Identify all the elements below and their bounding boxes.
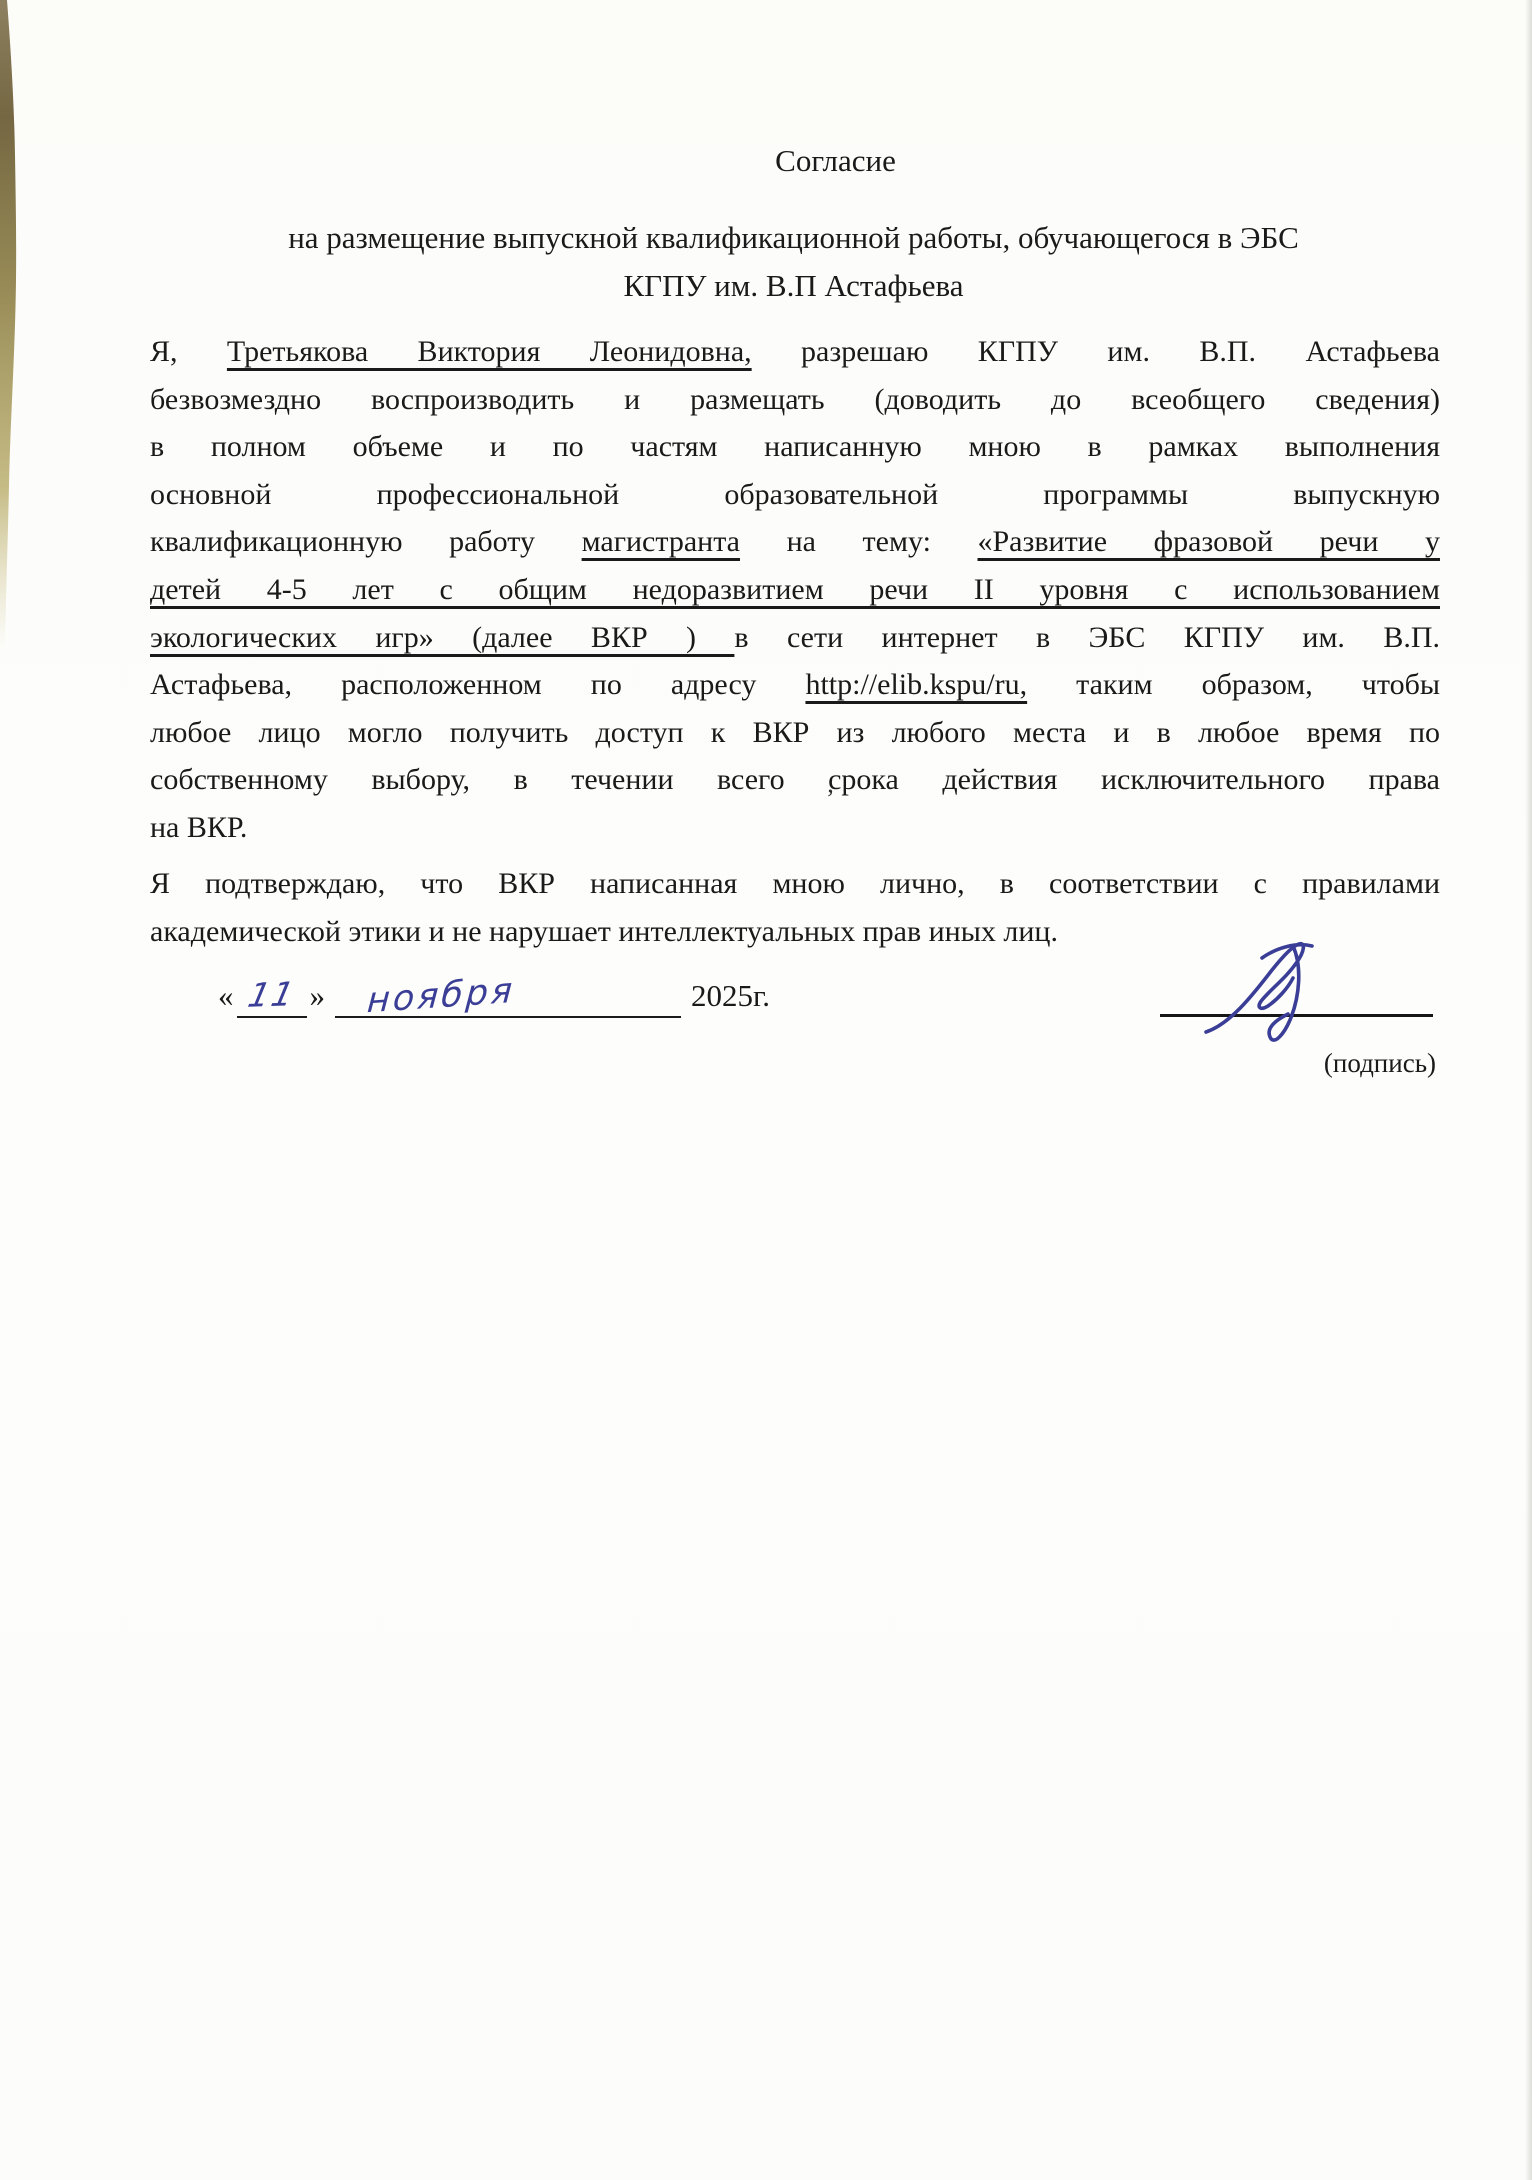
consent-line-7: экологических игр» (далее ВКР ) в сети и… — [150, 614, 1440, 662]
consent-line-5: квалификационную работу магистранта на т… — [150, 518, 1440, 566]
confirmation-line-1: Я подтверждаю, что ВКР написанная мною л… — [150, 860, 1440, 908]
handwritten-month: ноября — [366, 971, 517, 1022]
text-segment: Астафьева, расположенном по адресу — [150, 668, 805, 701]
document-title: Согласие — [150, 143, 1437, 179]
scan-edge-artifact — [0, 0, 26, 650]
text-segment: в полном объеме и по частям написанную м… — [150, 430, 1440, 463]
underlined-author-name: Третьякова Виктория Леонидовна, — [227, 335, 752, 368]
handwritten-day: 11 — [244, 974, 299, 1015]
date-line: « 11 » ноября 2025г. — [218, 968, 770, 1018]
document-title-text: Согласие — [775, 143, 896, 179]
consent-line-2: безвозмездно воспроизводить и размещать … — [150, 376, 1440, 424]
scanned-consent-document: Согласие на размещение выпускной квалифи… — [0, 0, 1532, 2180]
underlined-degree-level: магистранта — [582, 525, 740, 558]
text-segment: квалификационную работу — [150, 525, 582, 558]
text-segment: таким образом, чтобы — [1027, 668, 1440, 701]
consent-line-8: Астафьева, расположенном по адресу http:… — [150, 661, 1440, 709]
subtitle-line-1: на размещение выпускной квалификационной… — [150, 214, 1437, 262]
close-guillemet: » — [310, 978, 326, 1018]
underlined-thesis-title: экологических игр» (далее ВКР ) — [150, 621, 734, 654]
underlined-thesis-title: «Развитие фразовой речи у — [978, 525, 1440, 558]
consent-line-10: собственному выбору, в течении всего сро… — [150, 756, 1440, 804]
subtitle-line-2: КГПУ им. В.П Астафьева — [150, 262, 1437, 310]
consent-line-9: любое лицо могло получить доступ к ВКР и… — [150, 709, 1440, 757]
text-segment: Я, — [150, 335, 227, 368]
underlined-library-url: http://elib.kspu/ru, — [805, 668, 1027, 701]
consent-paragraph: Я, Третьякова Виктория Леонидовна, разре… — [150, 328, 1440, 852]
stray-ink-mark: ’ — [826, 784, 835, 814]
month-blank-line: ноября — [335, 970, 681, 1018]
text-segment: на ВКР. — [150, 811, 247, 844]
consent-line-1: Я, Третьякова Виктория Леонидовна, разре… — [150, 328, 1440, 376]
text-segment: на тему: — [740, 525, 977, 558]
consent-line-4: основной профессиональной образовательно… — [150, 471, 1440, 519]
text-segment: в сети интернет в ЭБС КГПУ им. В.П. — [734, 621, 1440, 654]
scan-right-edge-shadow — [1525, 0, 1532, 2180]
text-segment: безвозмездно воспроизводить и размещать … — [150, 383, 1440, 416]
consent-line-6: детей 4-5 лет с общим недоразвитием речи… — [150, 566, 1440, 614]
text-segment: собственному выбору, в течении всего сро… — [150, 763, 1440, 796]
signature-stroke — [1198, 934, 1338, 1054]
open-guillemet: « — [218, 978, 234, 1018]
year-text: 2025г. — [691, 978, 770, 1018]
text-segment: основной профессиональной образовательно… — [150, 478, 1440, 511]
consent-line-11: на ВКР. — [150, 804, 1440, 852]
document-subtitle: на размещение выпускной квалификационной… — [150, 214, 1437, 309]
underlined-thesis-title: детей 4-5 лет с общим недоразвитием речи… — [150, 573, 1440, 606]
day-blank-line: 11 — [237, 970, 307, 1018]
text-segment: разрешаю КГПУ им. В.П. Астафьева — [752, 335, 1440, 368]
text-segment: любое лицо могло получить доступ к ВКР и… — [150, 716, 1440, 749]
signature-caption: (подпись) — [1160, 1048, 1436, 1079]
consent-line-3: в полном объеме и по частям написанную м… — [150, 423, 1440, 471]
